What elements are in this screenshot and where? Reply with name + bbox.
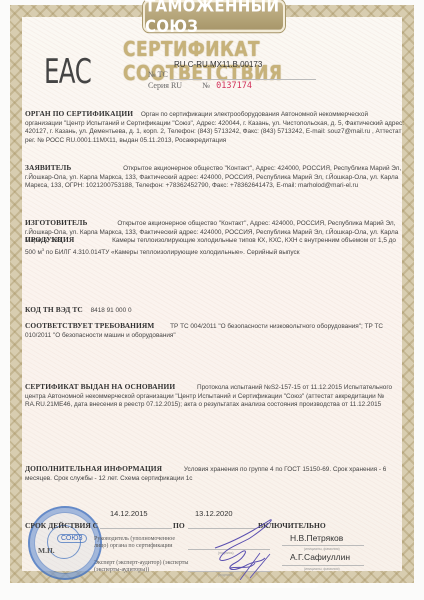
text-product-cont: по БИЛГ 4.310.014ТУ «Камеры теплоизолиру…	[44, 249, 299, 256]
validity-date-to: 13.12.2020	[195, 509, 233, 518]
tc-underline	[170, 79, 316, 80]
series-label: Серия RU	[148, 81, 182, 90]
organization-stamp: СОЮЗ	[28, 506, 102, 580]
eac-logo: ЕАС	[44, 54, 79, 90]
certificate-paper	[22, 17, 402, 571]
heading-basis: СЕРТИФИКАТ ВЫДАН НА ОСНОВАНИИ	[25, 382, 175, 391]
validity-to-label: ПО	[173, 521, 185, 530]
series-row: Серия RU № 0137174	[148, 81, 252, 91]
expert-name-caption: (инициалы, фамилия)	[304, 567, 340, 571]
head-name-caption: (инициалы, фамилия)	[304, 547, 340, 551]
stamp-logo: СОЮЗ	[57, 534, 87, 543]
heading-requirements: СООТВЕТСТВУЕТ ТРЕБОВАНИЯМ	[25, 321, 154, 330]
expert-role-label: Эксперт (эксперт-аудитор) (эксперты (экс…	[94, 560, 194, 574]
tc-number: RU C-RU.MX11.B.00173	[174, 60, 262, 69]
printer-info-strip	[108, 583, 318, 588]
tc-label: № ТС	[148, 70, 168, 79]
section-certification-body: ОРГАН ПО СЕРТИФИКАЦИИ Орган по сертифика…	[25, 110, 406, 145]
customs-union-banner: ТАМОЖЕННЫЙ СОЮЗ	[143, 0, 285, 32]
heading-hs-code: КОД ТН ВЭД ТС	[25, 305, 83, 314]
certificate-serial-number: 0137174	[216, 81, 252, 91]
text-hs-code: 8418 91 000 0	[91, 307, 132, 314]
number-label: №	[202, 81, 210, 90]
handwritten-signature	[210, 518, 300, 580]
section-product: ПРОДУКЦИЯ Камеры теплоизолирующие холоди…	[25, 236, 406, 257]
head-role-label: Руководитель (уполномоченное лицо) орган…	[94, 536, 186, 550]
section-basis: СЕРТИФИКАТ ВЫДАН НА ОСНОВАНИИ Протокола …	[25, 383, 406, 410]
section-applicant: ЗАЯВИТЕЛЬ Открытое акционерное общество …	[25, 164, 406, 191]
heading-product: ПРОДУКЦИЯ	[25, 235, 74, 244]
section-requirements: СООТВЕТСТВУЕТ ТРЕБОВАНИЯМ ТР ТС 004/2011…	[25, 322, 406, 340]
section-hs-code: КОД ТН ВЭД ТС 8418 91 000 0	[25, 306, 406, 316]
heading-certification-body: ОРГАН ПО СЕРТИФИКАЦИИ	[25, 109, 133, 118]
heading-additional: ДОПОЛНИТЕЛЬНАЯ ИНФОРМАЦИЯ	[25, 464, 162, 473]
date-from-underline	[100, 528, 172, 529]
heading-applicant: ЗАЯВИТЕЛЬ	[25, 163, 71, 172]
stamp-place-label: М.П.	[38, 547, 55, 554]
heading-manufacturer: ИЗГОТОВИТЕЛЬ	[25, 218, 88, 227]
validity-from-label: СРОК ДЕЙСТВИЯ С	[25, 521, 98, 530]
validity-date-from: 14.12.2015	[110, 509, 148, 518]
text-applicant: Открытое акционерное общество "Контакт",…	[25, 165, 401, 189]
section-additional: ДОПОЛНИТЕЛЬНАЯ ИНФОРМАЦИЯ Условия хранен…	[25, 465, 406, 483]
